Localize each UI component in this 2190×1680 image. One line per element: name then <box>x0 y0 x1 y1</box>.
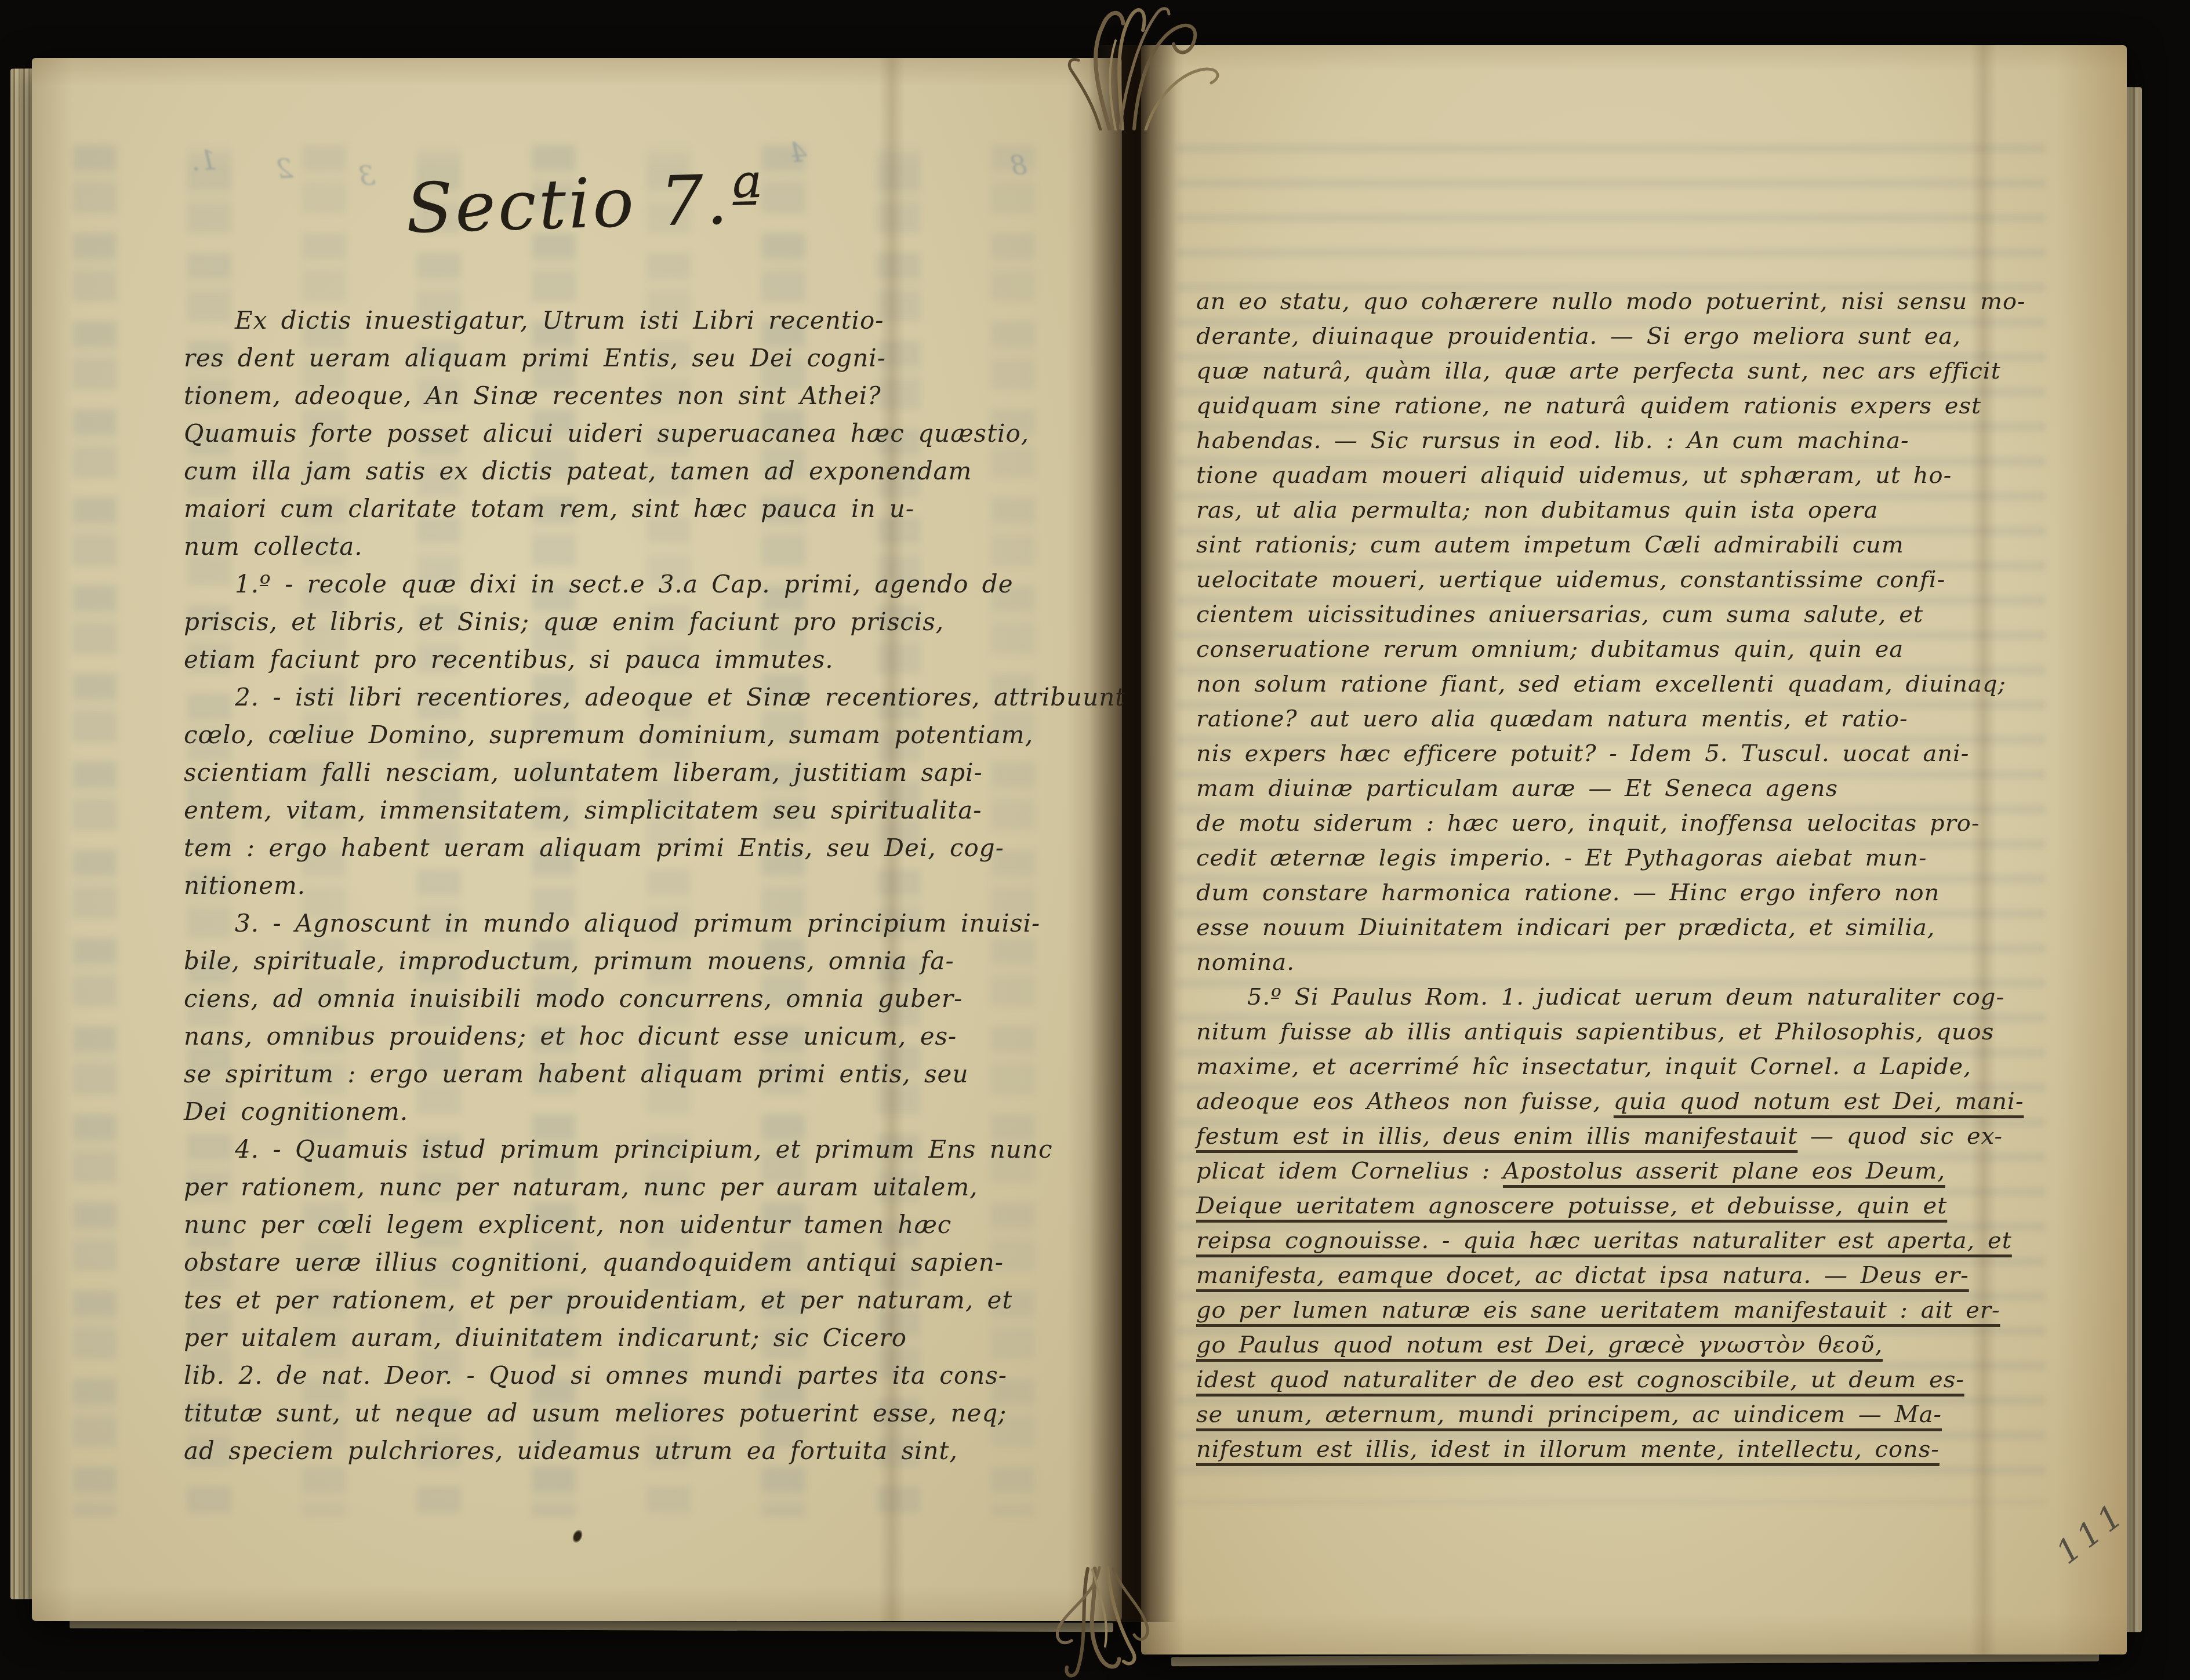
manuscript-line: nis expers hæc efficere potuit? - Idem 5… <box>1196 736 2092 771</box>
manuscript-line: titutæ sunt, ut neque ad usum meliores p… <box>184 1394 1080 1432</box>
manuscript-line: 1.º - recole quæ dixi in sect.e 3.a Cap.… <box>184 565 1080 603</box>
manuscript-line: cientem uicissitudines aniuersarias, cum… <box>1196 597 2092 632</box>
manuscript-line: mam diuinæ particulam auræ — Et Seneca a… <box>1196 771 2092 806</box>
manuscript-line: ad speciem pulchriores, uideamus utrum e… <box>184 1432 1080 1470</box>
manuscript-line: manifesta, eamque docet, ac dictat ipsa … <box>1196 1258 2092 1293</box>
manuscript-line: cum illa jam satis ex dictis pateat, tam… <box>184 452 1080 490</box>
manuscript-line: go Paulus quod notum est Dei, græcè γνωσ… <box>1196 1328 2092 1362</box>
bleedthrough-digit: 8 <box>1009 149 1028 181</box>
bleedthrough-digit: 2 <box>275 152 294 184</box>
manuscript-line: reipsa cognouisse. - quia hæc ueritas na… <box>1196 1223 2092 1258</box>
manuscript-line: de motu siderum : hæc uero, inquit, inof… <box>1196 806 2092 841</box>
manuscript-line: habendas. — Sic rursus in eod. lib. : An… <box>1196 423 2092 458</box>
manuscript-line: nunc per cœli legem explicent, non uiden… <box>184 1206 1080 1243</box>
manuscript-line: cedit æternæ legis imperio. - Et Pythago… <box>1196 841 2092 875</box>
underlying-page-edge-left <box>70 1619 1113 1632</box>
right-page: an eo statu, quo cohærere nullo modo pot… <box>1141 45 2127 1654</box>
manuscript-line: res dent ueram aliquam primi Entis, seu … <box>184 339 1080 377</box>
manuscript-line: cœlo, cœliue Domino, supremum dominium, … <box>184 716 1080 754</box>
manuscript-line: quidquam sine ratione, ne naturâ quidem … <box>1196 388 2092 423</box>
manuscript-line: 2. - isti libri recentiores, adeoque et … <box>184 678 1080 716</box>
manuscript-line: per uitalem auram, diuinitatem indicarun… <box>184 1319 1080 1357</box>
manuscript-line: tes et per rationem, et per prouidentiam… <box>184 1281 1080 1319</box>
manuscript-line: festum est in illis, deus enim illis man… <box>1196 1119 2092 1154</box>
manuscript-line: 3. - Agnoscunt in mundo aliquod primum p… <box>184 904 1080 942</box>
manuscript-line: per rationem, nunc per naturam, nunc per… <box>184 1168 1080 1206</box>
manuscript-line: go per lumen naturæ eis sane ueritatem m… <box>1196 1293 2092 1328</box>
manuscript-line: maiori cum claritate totam rem, sint hæc… <box>184 490 1080 528</box>
manuscript-line: derante, diuinaque prouidentia. — Si erg… <box>1196 319 2092 354</box>
manuscript-line: lib. 2. de nat. Deor. - Quod si omnes mu… <box>184 1357 1080 1394</box>
manuscript-line: maxime, et acerrimé hîc insectatur, inqu… <box>1196 1049 2092 1084</box>
manuscript-line: se unum, æternum, mundi principem, ac ui… <box>1196 1397 2092 1432</box>
manuscript-line: uelocitate moueri, uertique uidemus, con… <box>1196 562 2092 597</box>
manuscript-line: ras, ut alia permulta; non dubitamus qui… <box>1196 493 2092 528</box>
bleedthrough-digit: 3 <box>358 159 376 191</box>
manuscript-line: tionem, adeoque, An Sinæ recentes non si… <box>184 377 1080 414</box>
manuscript-line: 4. - Quamuis istud primum principium, et… <box>184 1130 1080 1168</box>
manuscript-line: Deique ueritatem agnoscere potuisse, et … <box>1196 1188 2092 1223</box>
right-page-text: an eo statu, quo cohærere nullo modo pot… <box>1196 284 2092 1467</box>
manuscript-line: nomina. <box>1196 945 2092 980</box>
manuscript-line: scientiam falli nesciam, uoluntatem libe… <box>184 754 1080 791</box>
manuscript-line: priscis, et libris, et Sinis; quæ enim f… <box>184 603 1080 641</box>
manuscript-line: an eo statu, quo cohærere nullo modo pot… <box>1196 284 2092 319</box>
manuscript-line: ratione? aut uero alia quædam natura men… <box>1196 701 2092 736</box>
manuscript-line: nifestum est illis, idest in illorum men… <box>1196 1432 2092 1467</box>
manuscript-line: tem : ergo habent ueram aliquam primi En… <box>184 829 1080 867</box>
manuscript-line: non solum ratione fiant, sed etiam excel… <box>1196 667 2092 701</box>
manuscript-line: sint rationis; cum autem impetum Cæli ad… <box>1196 528 2092 562</box>
manuscript-line: ciens, ad omnia inuisibili modo concurre… <box>184 980 1080 1017</box>
manuscript-line: idest quod naturaliter de deo est cognos… <box>1196 1362 2092 1397</box>
manuscript-line: conseruatione rerum omnium; dubitamus qu… <box>1196 632 2092 667</box>
manuscript-photo: Sectio 7.ª Ex dictis inuestigatur, Utrum… <box>0 0 2190 1680</box>
manuscript-line: Ex dictis inuestigatur, Utrum isti Libri… <box>184 301 1080 339</box>
manuscript-line: dum constare harmonica ratione. — Hinc e… <box>1196 875 2092 910</box>
left-page-text: Ex dictis inuestigatur, Utrum isti Libri… <box>184 301 1080 1470</box>
manuscript-line: tione quadam moueri aliquid uidemus, ut … <box>1196 458 2092 493</box>
manuscript-line: bile, spirituale, improductum, primum mo… <box>184 942 1080 980</box>
manuscript-line: etiam faciunt pro recentibus, si pauca i… <box>184 641 1080 678</box>
manuscript-line: entem, vitam, immensitatem, simplicitate… <box>184 791 1080 829</box>
manuscript-line: nans, omnibus prouidens; et hoc dicunt e… <box>184 1017 1080 1055</box>
manuscript-line: nitionem. <box>184 867 1080 904</box>
manuscript-line: se spiritum : ergo ueram habent aliquam … <box>184 1055 1080 1093</box>
manuscript-line: quæ naturâ, quàm illa, quæ arte perfecta… <box>1196 354 2092 388</box>
bleedthrough-digit: 4 <box>789 136 808 168</box>
manuscript-line: esse nouum Diuinitatem indicari per præd… <box>1196 910 2092 945</box>
manuscript-line: nitum fuisse ab illis antiquis sapientib… <box>1196 1014 2092 1049</box>
manuscript-line: adeoque eos Atheos non fuisse, quia quod… <box>1196 1084 2092 1119</box>
bleedthrough-digit: 1. <box>191 144 218 177</box>
section-heading: Sectio 7.ª <box>405 158 766 248</box>
manuscript-line: num collecta. <box>184 528 1080 565</box>
manuscript-line: Dei cognitionem. <box>184 1093 1080 1130</box>
manuscript-line: plicat idem Cornelius : Apostolus asseri… <box>1196 1154 2092 1188</box>
left-page: Sectio 7.ª Ex dictis inuestigatur, Utrum… <box>32 58 1122 1621</box>
manuscript-line: 5.º Si Paulus Rom. 1. judicat uerum deum… <box>1196 980 2092 1014</box>
manuscript-line: Quamuis forte posset alicui uideri super… <box>184 414 1080 452</box>
manuscript-line: obstare ueræ illius cognitioni, quandoqu… <box>184 1243 1080 1281</box>
